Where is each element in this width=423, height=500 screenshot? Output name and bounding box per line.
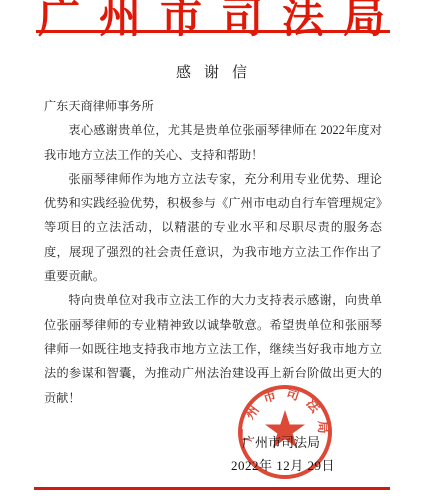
letter-body: 广东天商律师事务所 衷心感谢贵单位，尤其是贵单位张丽琴律师在 2022年度对我市… <box>44 94 382 410</box>
signature-org: 广州市司法局 <box>242 432 320 451</box>
letter-page: 广州市司法局 感谢信 广东天商律师事务所 衷心感谢贵单位，尤其是贵单位张丽琴律师… <box>0 0 423 500</box>
letterhead-rule <box>36 30 390 33</box>
paragraph-2: 张丽琴律师作为地方立法专家，充分利用专业优势、理论优势和实践经验优势，积极参与《… <box>44 167 382 288</box>
signature-date: 2022年 12月 29日 <box>231 455 335 474</box>
letterhead-org-name: 广州市司法局 <box>0 0 423 45</box>
paragraph-1: 衷心感谢贵单位，尤其是贵单位张丽琴律师在 2022年度对我市地方立法工作的关心、… <box>44 118 382 167</box>
letter-title: 感谢信 <box>0 61 423 82</box>
addressee: 广东天商律师事务所 <box>44 94 382 118</box>
footer-rule <box>34 487 390 490</box>
